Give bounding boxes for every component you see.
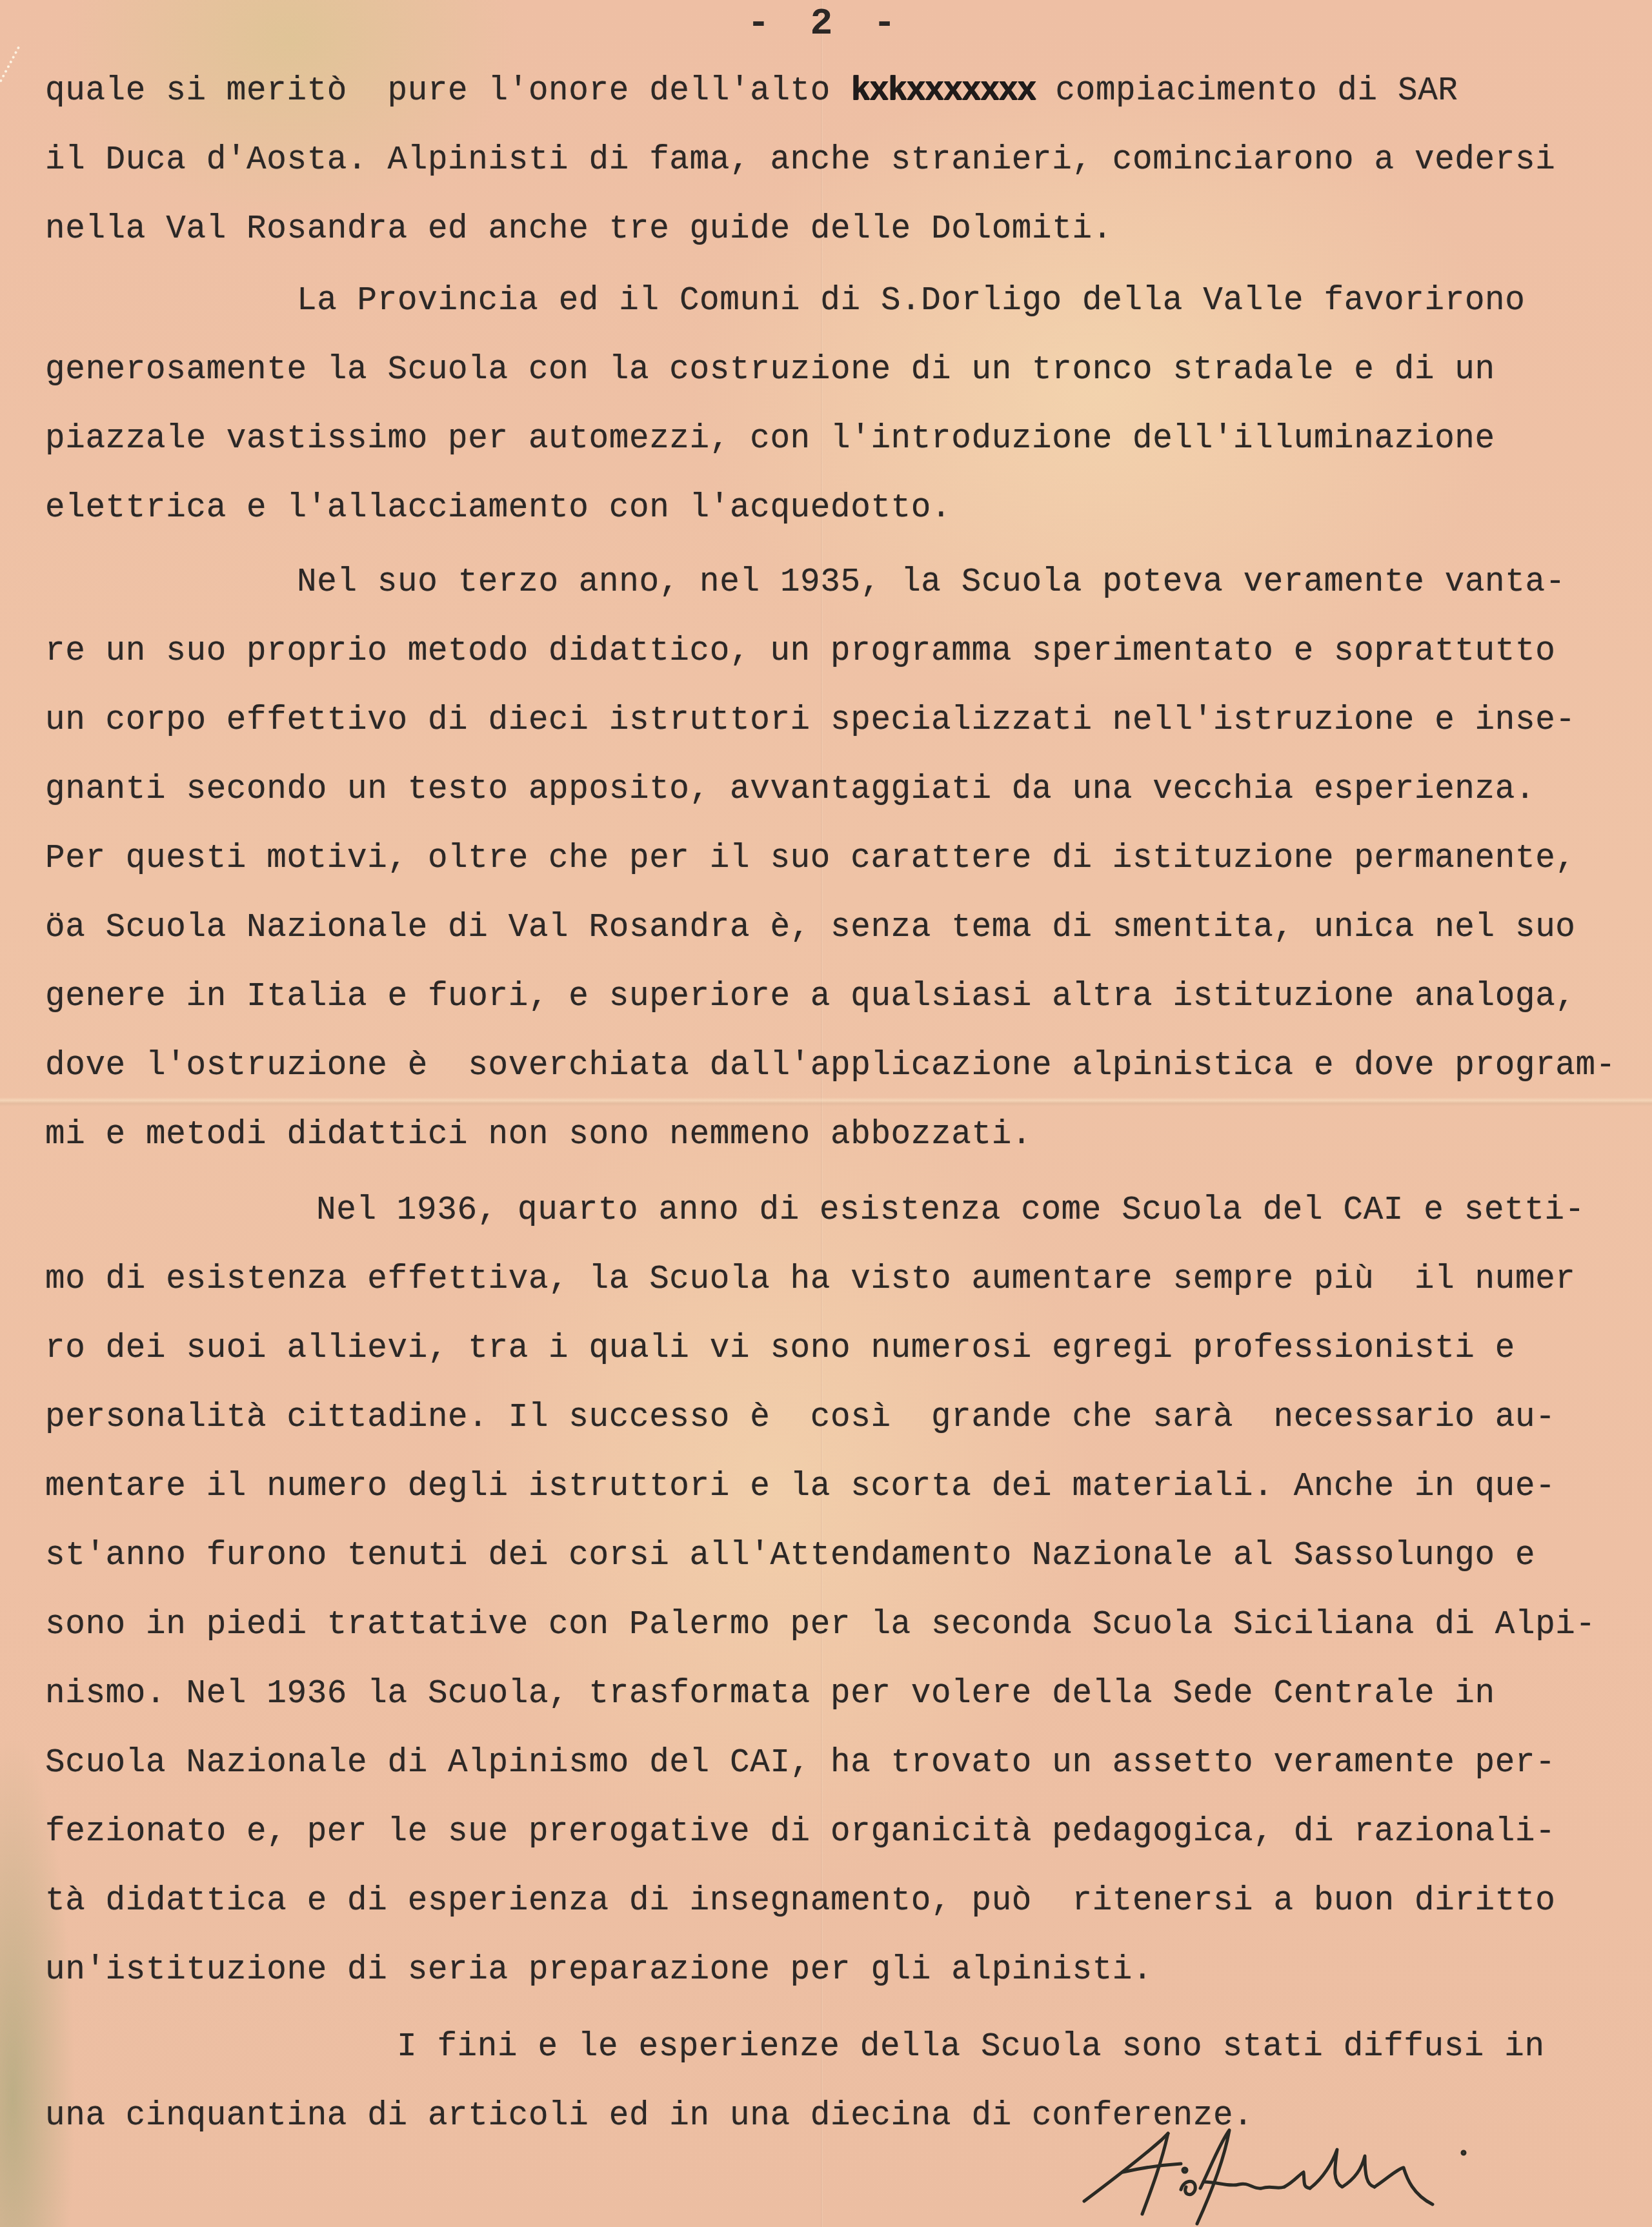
typed-line: dove l'ostruzione è soverchiata dall'app… [45, 1032, 1646, 1101]
typed-line: nella Val Rosandra ed anche tre guide de… [45, 195, 1646, 264]
typed-line: quale si meritò pure l'onore dell'alto k… [45, 57, 1646, 126]
typed-line: mo di esistenza effettiva, la Scuola ha … [45, 1245, 1646, 1314]
typed-line: piazzale vastissimo per automezzi, con l… [45, 405, 1646, 474]
typed-line: ro dei suoi allievi, tra i quali vi sono… [45, 1314, 1646, 1383]
paragraph-gap [45, 1170, 1646, 1176]
typed-line: La Provincia ed il Comuni di S.Dorligo d… [45, 267, 1646, 336]
typed-line: gnanti secondo un testo apposito, avvant… [45, 755, 1646, 824]
typed-line: un corpo effettivo di dieci istruttori s… [45, 686, 1646, 755]
typed-line: tà didattica e di esperienza di insegnam… [45, 1867, 1646, 1936]
page-number: - 2 - [0, 3, 1652, 45]
typed-line: nismo. Nel 1936 la Scuola, trasformata p… [45, 1660, 1646, 1729]
overtyped-correction: kxkxxxxxxx [851, 73, 1035, 110]
typed-line: Nel suo terzo anno, nel 1935, la Scuola … [45, 548, 1646, 617]
paragraph-gap [45, 543, 1646, 548]
paragraph-gap [45, 2005, 1646, 2013]
typed-line: generosamente la Scuola con la costruzio… [45, 336, 1646, 405]
typed-line: sono in piedi trattative con Palermo per… [45, 1591, 1646, 1660]
typed-line: re un suo proprio metodo didattico, un p… [45, 617, 1646, 686]
typed-line: il Duca d'Aosta. Alpinisti di fama, anch… [45, 126, 1646, 195]
typed-line: personalità cittadine. Il successo è cos… [45, 1383, 1646, 1452]
typed-line: I fini e le esperienze della Scuola sono… [45, 2013, 1646, 2082]
typed-line: genere in Italia e fuori, e superiore a … [45, 962, 1646, 1032]
typed-line: Scuola Nazionale di Alpinismo del CAI, h… [45, 1729, 1646, 1798]
typed-line: mi e metodi didattici non sono nemmeno a… [45, 1101, 1646, 1170]
typed-line: fezionato e, per le sue prerogative di o… [45, 1798, 1646, 1867]
typed-text: quale si meritò pure l'onore dell'alto [45, 73, 851, 110]
typed-line: un'istituzione di seria preparazione per… [45, 1936, 1646, 2005]
typed-line: st'anno furono tenuti dei corsi all'Atte… [45, 1521, 1646, 1591]
handwritten-signature [1071, 2117, 1471, 2227]
typed-line: öa Scuola Nazionale di Val Rosandra è, s… [45, 893, 1646, 962]
typed-letter-body: quale si meritò pure l'onore dell'alto k… [45, 57, 1646, 2151]
typed-line: Nel 1936, quarto anno di esistenza come … [45, 1176, 1646, 1245]
typed-text: compiacimento di SAR [1035, 73, 1458, 110]
typed-line: Per questi motivi, oltre che per il suo … [45, 824, 1646, 893]
typed-line: mentare il numero degli istruttori e la … [45, 1452, 1646, 1521]
typed-line: elettrica e l'allacciamento con l'acqued… [45, 474, 1646, 543]
